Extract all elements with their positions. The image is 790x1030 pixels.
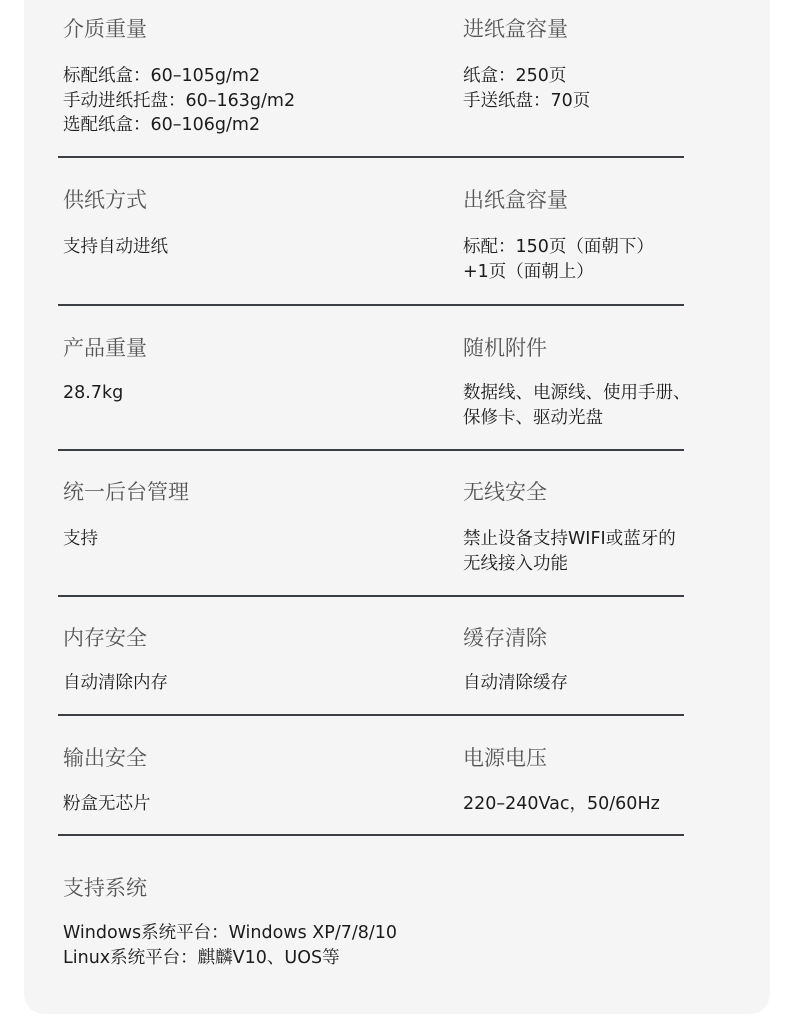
spec-title: 内存安全	[63, 625, 168, 651]
spec-feed-method: 供纸方式 支持自动进纸	[63, 187, 168, 260]
spec-value: 粉盒无芯片	[63, 792, 151, 817]
spec-value: 标配纸盒：60–105g/m2 手动进纸托盘：60–163g/m2 选配纸盒：6…	[63, 64, 295, 138]
spec-product-weight: 产品重量 28.7kg	[63, 335, 147, 406]
divider	[58, 304, 684, 306]
divider	[58, 595, 684, 597]
spec-title: 随机附件	[463, 335, 763, 361]
spec-value: 自动清除缓存	[463, 671, 723, 696]
spec-memory-security: 内存安全 自动清除内存	[63, 625, 168, 696]
divider	[58, 714, 684, 716]
spec-title: 支持系统	[63, 875, 563, 901]
divider	[58, 156, 684, 158]
spec-title: 进纸盒容量	[463, 16, 723, 42]
spec-title: 出纸盒容量	[463, 187, 723, 213]
spec-value: 标配：150页（面朝下） +1页（面朝上）	[463, 235, 723, 284]
spec-output-security: 输出安全 粉盒无芯片	[63, 745, 151, 817]
spec-output-tray-capacity: 出纸盒容量 标配：150页（面朝下） +1页（面朝上）	[463, 187, 723, 284]
spec-value: Windows系统平台：Windows XP/7/8/10 Linux系统平台：…	[63, 921, 563, 970]
spec-value: 220–240Vac，50/60Hz	[463, 792, 763, 817]
spec-power-voltage: 电源电压 220–240Vac，50/60Hz	[463, 745, 763, 817]
spec-value: 28.7kg	[63, 381, 147, 406]
spec-wireless-security: 无线安全 禁止设备支持WIFI或蓝牙的 无线接入功能	[463, 479, 723, 576]
spec-title: 供纸方式	[63, 187, 168, 213]
spec-value: 数据线、电源线、使用手册、 保修卡、驱动光盘	[463, 381, 763, 430]
spec-value: 支持自动进纸	[63, 235, 168, 260]
spec-title: 产品重量	[63, 335, 147, 361]
spec-title: 电源电压	[463, 745, 763, 771]
spec-title: 介质重量	[63, 16, 295, 42]
spec-value: 纸盒：250页 手送纸盘：70页	[463, 64, 723, 113]
spec-cache-clear: 缓存清除 自动清除缓存	[463, 625, 723, 696]
spec-title: 统一后台管理	[63, 479, 189, 505]
spec-input-tray-capacity: 进纸盒容量 纸盒：250页 手送纸盘：70页	[463, 16, 723, 113]
divider	[58, 834, 684, 836]
spec-supported-systems: 支持系统 Windows系统平台：Windows XP/7/8/10 Linux…	[63, 875, 563, 970]
divider	[58, 449, 684, 451]
spec-title: 无线安全	[463, 479, 723, 505]
spec-accessories: 随机附件 数据线、电源线、使用手册、 保修卡、驱动光盘	[463, 335, 763, 430]
spec-unified-management: 统一后台管理 支持	[63, 479, 189, 552]
spec-value: 自动清除内存	[63, 671, 168, 696]
spec-value: 支持	[63, 527, 189, 552]
spec-title: 输出安全	[63, 745, 151, 771]
spec-title: 缓存清除	[463, 625, 723, 651]
spec-value: 禁止设备支持WIFI或蓝牙的 无线接入功能	[463, 527, 723, 576]
spec-media-weight: 介质重量 标配纸盒：60–105g/m2 手动进纸托盘：60–163g/m2 选…	[63, 16, 295, 138]
